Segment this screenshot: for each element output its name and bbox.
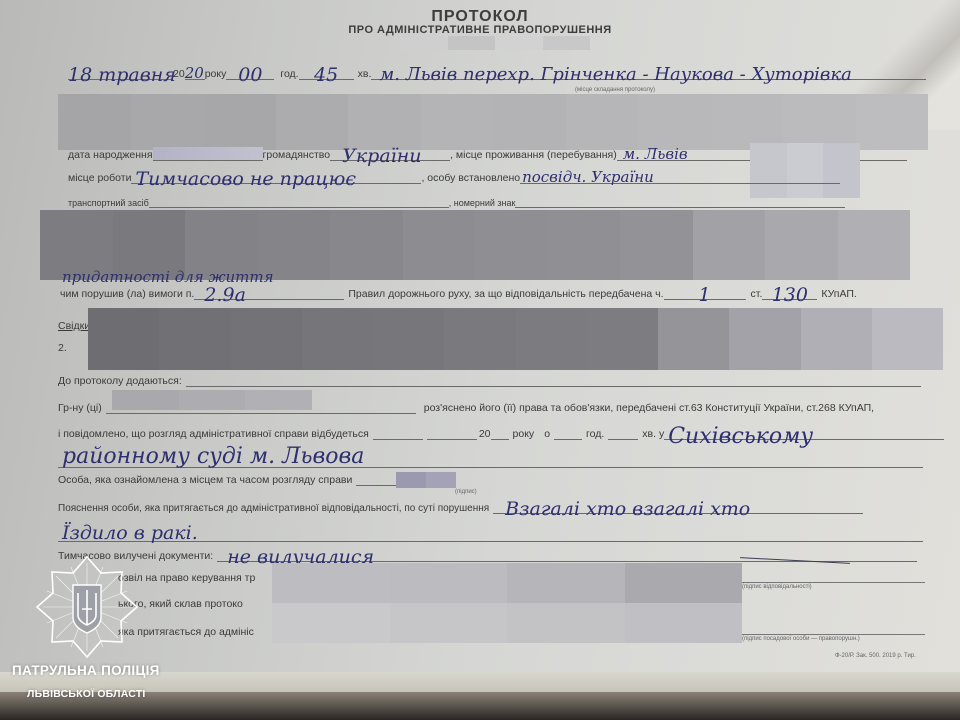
year-field: 20 — [185, 66, 205, 80]
violation-handwritten-above: придатності для життя — [62, 270, 274, 285]
minute-field: 45 — [299, 66, 354, 80]
court-field-line2: районному суді м. Львова — [58, 446, 923, 468]
part-field: 1 — [664, 286, 746, 300]
redacted-signature — [396, 472, 456, 488]
identified-field: посвідч. України — [520, 170, 840, 184]
explanation-field-line2: Їздило в ракі. — [58, 524, 923, 542]
form-code: Ф-20/Р. Зак. 500. 2019 р. Тир. — [835, 653, 916, 659]
explanation-row: Пояснення особи, яка притягається до адм… — [58, 500, 863, 514]
vehicle-row: транспортний засіб , номерний знак — [68, 194, 845, 208]
vehicle-field — [149, 194, 449, 208]
header-row: 18 травня 20 20 року 00 год. 45 хв. м. Л… — [68, 66, 926, 80]
court-row-2: районному суді м. Львова — [58, 446, 923, 468]
redacted-personal-data — [58, 94, 928, 150]
org-name-line2: ЛЬВІВСЬКОЇ ОБЛАСТІ — [27, 688, 146, 700]
work-field: Тимчасово не працює — [131, 170, 421, 184]
document-subtitle: ПРО АДМІНІСТРАТИВНЕ ПРАВОПОРУШЕННЯ — [0, 24, 960, 36]
place-field: м. Львів перехр. Грінченка - Наукова - Х… — [371, 66, 926, 80]
hour-field: 00 — [226, 66, 274, 80]
redacted-officer-data — [272, 563, 742, 643]
clause-field: 2.9а — [194, 286, 344, 300]
redacted-witnesses — [88, 308, 943, 370]
redacted-block — [400, 36, 590, 50]
citizenship-field: України — [330, 147, 450, 161]
court-field-line1: Сихівському — [664, 426, 944, 440]
birth-date-redacted — [153, 147, 263, 161]
police-star-trident-icon — [0, 550, 170, 670]
date-field: 18 травня — [68, 66, 173, 80]
work-row: місце роботи Тимчасово не працює , особу… — [68, 170, 840, 184]
redacted-citizen-name — [112, 390, 312, 410]
plate-field — [515, 194, 845, 208]
police-badge — [0, 550, 170, 710]
attachments-row: До протоколу додаються: — [58, 373, 921, 387]
article-field: 130 — [762, 286, 817, 300]
hearing-row: і повідомлено, що розгляд адміністративн… — [58, 426, 944, 440]
seized-documents-field: не вилучалися — [217, 548, 917, 562]
org-name-line1: ПАТРУЛЬНА ПОЛІЦІЯ — [12, 663, 160, 678]
explanation-row-2: Їздило в ракі. — [58, 524, 923, 542]
attachments-field — [186, 373, 921, 387]
explanation-field-line1: Взагалі хто взагалі хто — [493, 500, 863, 514]
violation-row: чим порушив (ла) вимоги п. 2.9а Правил д… — [60, 286, 857, 300]
